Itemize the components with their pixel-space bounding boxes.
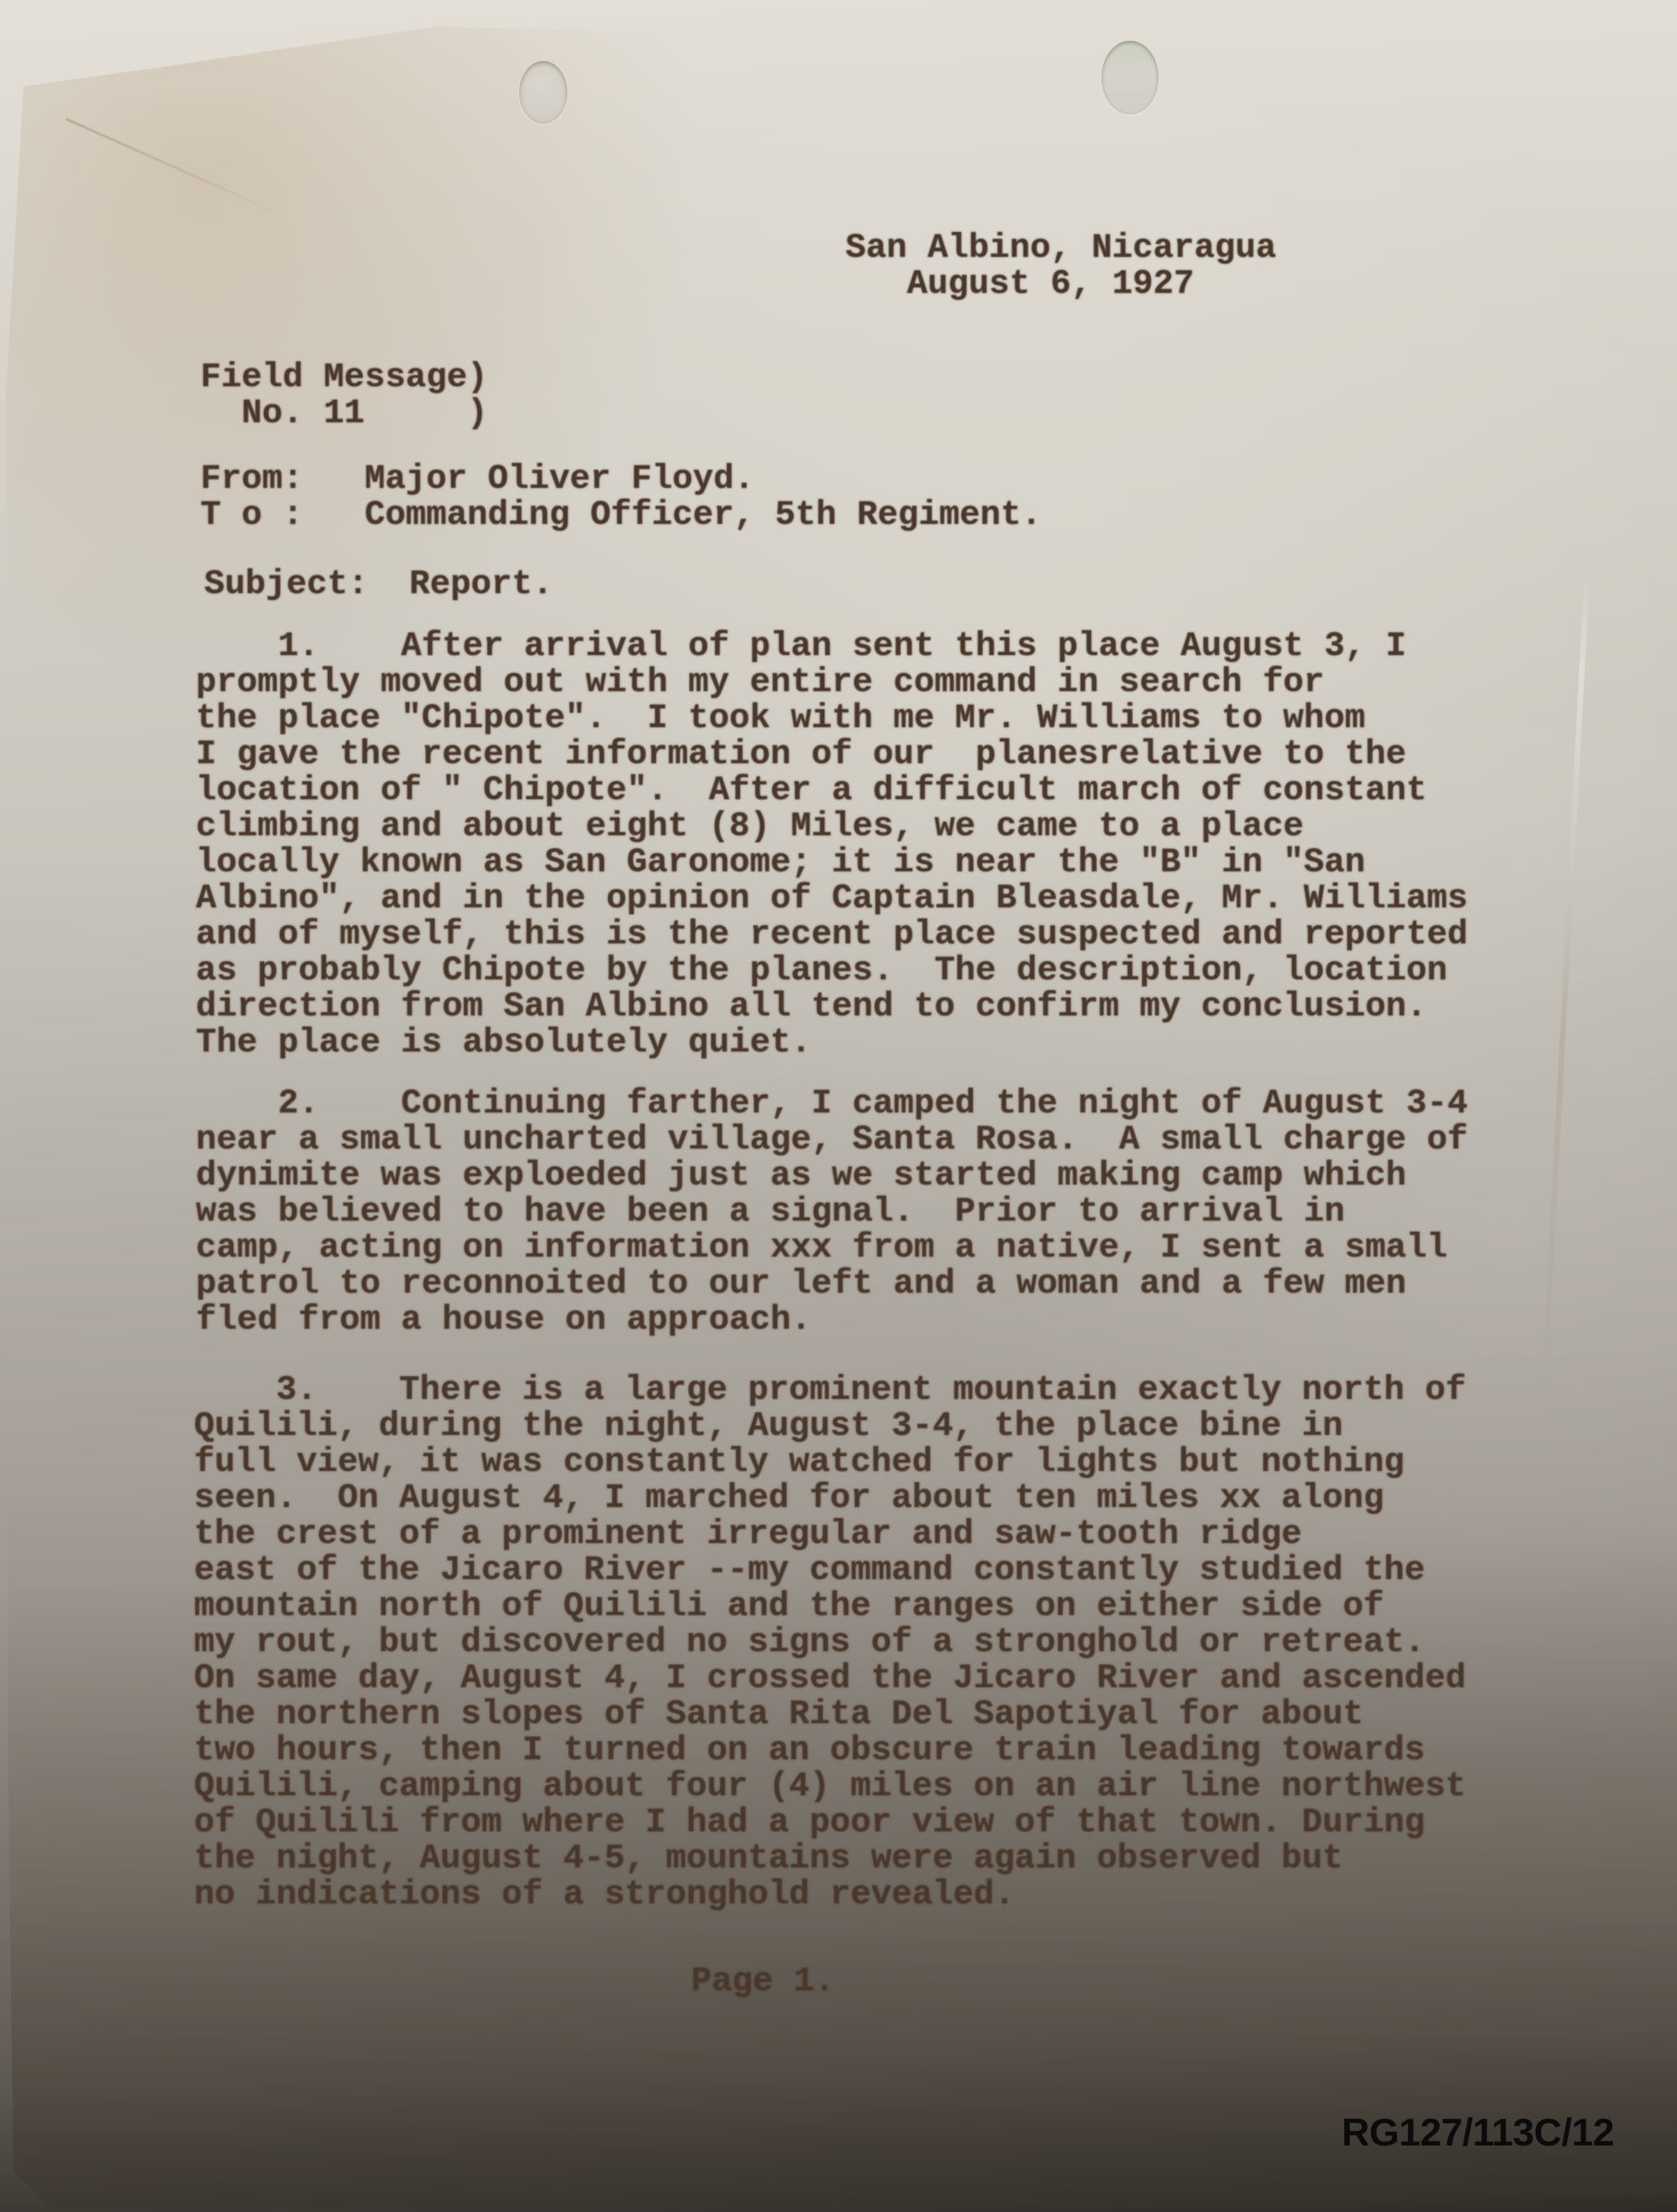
paragraph-2: 2. Continuing farther, I camped the nigh… — [196, 1087, 1468, 1339]
paper-sheet: San Albino, Nicaragua August 6, 1927 Fie… — [0, 0, 1677, 2212]
paper-crease — [1540, 573, 1589, 1404]
scanned-document-photo: San Albino, Nicaragua August 6, 1927 Fie… — [0, 0, 1677, 2212]
subject-line: Subject: Report. — [204, 567, 553, 603]
paragraph-1: 1. After arrival of plan sent this place… — [196, 629, 1468, 1062]
punch-hole-left — [519, 61, 567, 124]
field-message-number: Field Message) No. 11 ) — [201, 360, 488, 432]
punch-hole-right — [1101, 41, 1159, 115]
paragraph-3: 3. There is a large prominent mountain e… — [194, 1373, 1466, 1914]
archive-reference-stamp: RG127/113C/12 — [1342, 2110, 1614, 2155]
from-to-block: From: Major Oliver Floyd. T o : Commandi… — [201, 462, 1041, 534]
page-number: Page 1. — [691, 1964, 834, 2000]
paper-crease — [66, 117, 286, 217]
dateline: San Albino, Nicaragua August 6, 1927 — [845, 231, 1276, 303]
